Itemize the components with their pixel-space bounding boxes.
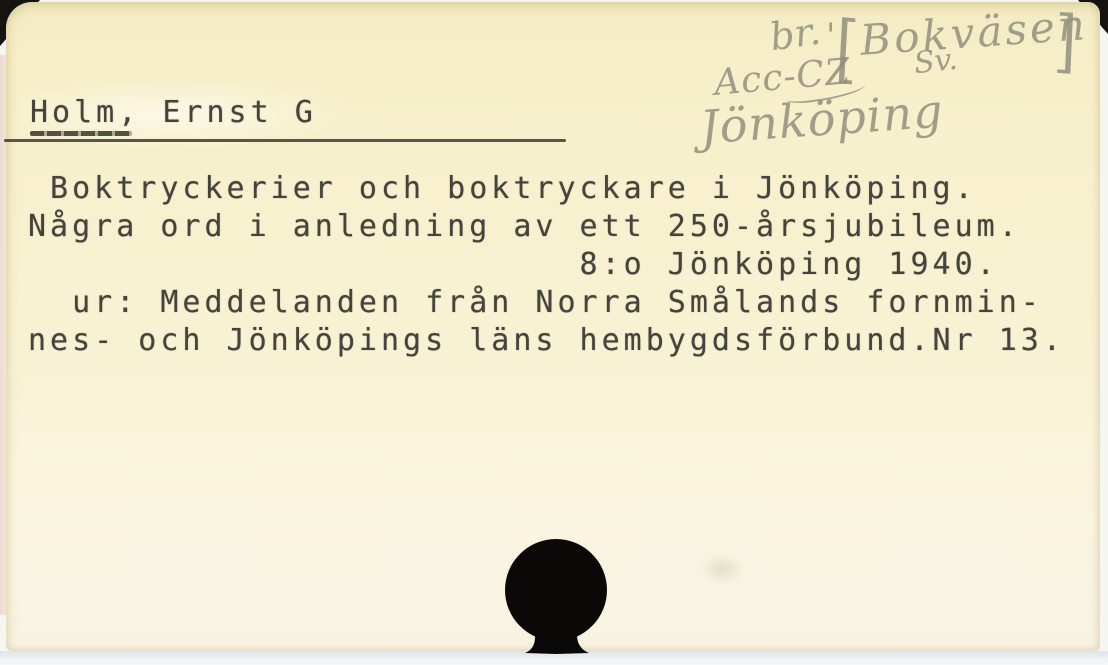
author-heading: Holm, Ernst G [30,95,317,130]
heading-rule-line [4,139,566,142]
pencil-smudge [700,553,744,585]
scanned-catalog-card: Holm, Ernst G Boktryckerier och boktryck… [0,0,1108,665]
annotation-language: Sv. [912,42,959,81]
scan-bottom-strip [0,651,1108,665]
annotation-note: br. [767,9,823,60]
annotation-tick-mark: ' [826,16,835,56]
author-name-underline [30,131,132,136]
annotation-bracket-close: ] [1052,0,1078,82]
card-body-text: Boktryckerier och boktryckare i Jönköpin… [28,170,1065,360]
